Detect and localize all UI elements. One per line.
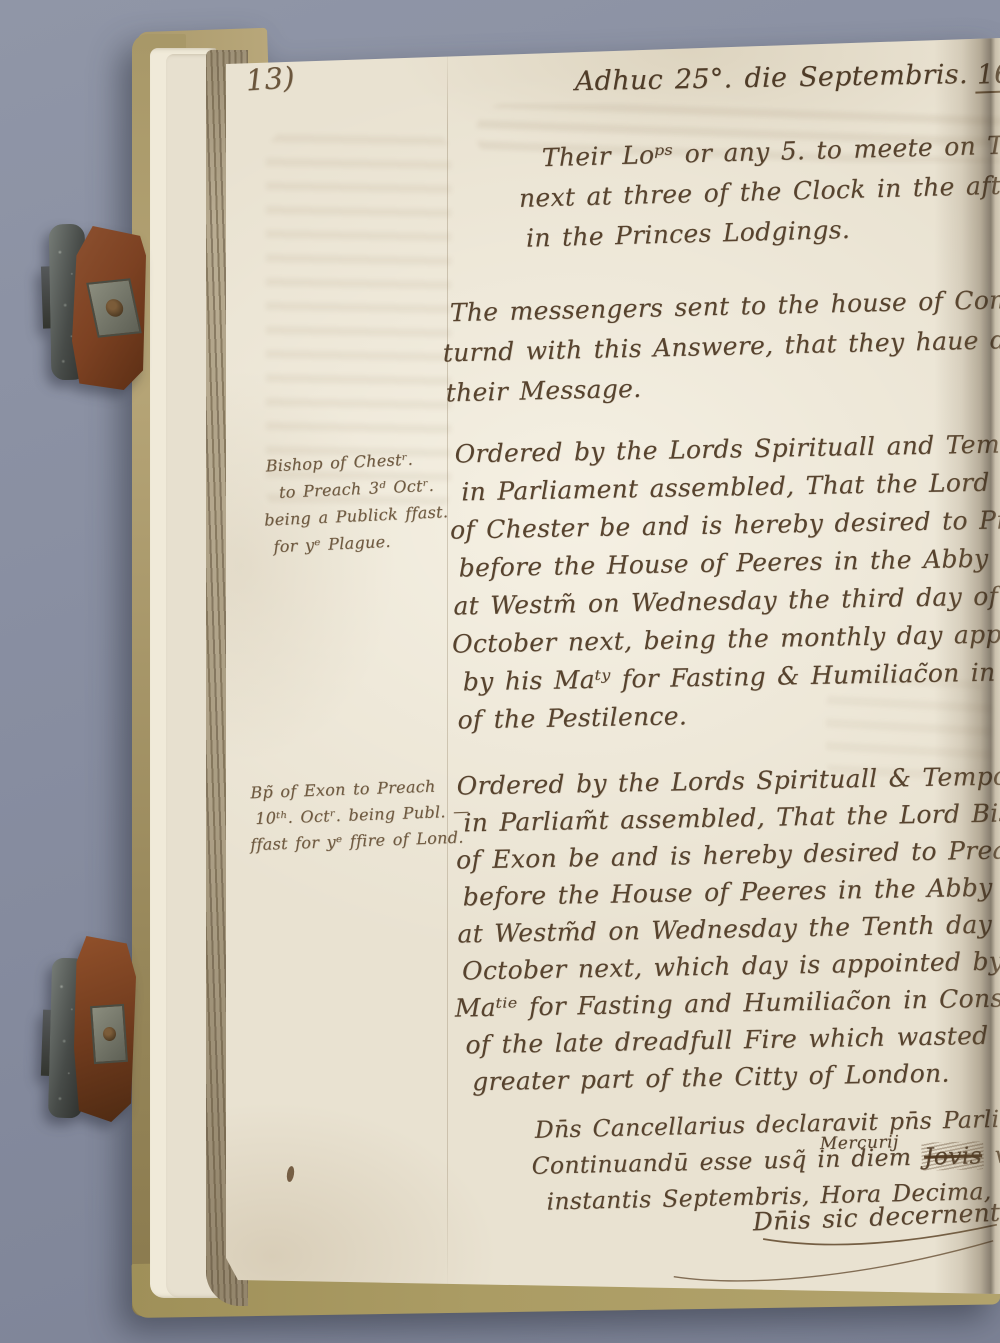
manuscript-page: 13) Adhuc 25°. die Septembris.1666. Thei… xyxy=(226,38,1000,1294)
clasp-rivet-plate xyxy=(90,1004,128,1064)
interlinear-insertion: Mercurij xyxy=(819,1124,899,1162)
page-gutter-shadow xyxy=(934,38,1000,1294)
margin-note-bishop-chester: Bishop of Chestʳ. to Preach 3ᵈ Octʳ. bei… xyxy=(265,444,450,560)
paragraph-order-chester: Ordered by the Lords Spirituall and Temp… xyxy=(448,424,1000,740)
page-number: 13) xyxy=(245,60,296,97)
photo-backdrop: 13) Adhuc 25°. die Septembris.1666. Thei… xyxy=(0,0,1000,1343)
paragraph-lords-meeting: Their Loᵖˢ or any 5. to meete on Thursda… xyxy=(515,123,1000,259)
manuscript-book: 13) Adhuc 25°. die Septembris.1666. Thei… xyxy=(128,28,1000,1320)
handwritten-content: 13) Adhuc 25°. die Septembris.1666. Thei… xyxy=(226,38,1000,1294)
paragraph-messengers: The messengers sent to the house of Como… xyxy=(441,278,1000,414)
paragraph-order-exon: Ordered by the Lords Spirituall & Tempor… xyxy=(454,756,1000,1101)
clasp-plate-hole xyxy=(102,1027,116,1042)
date-heading-text: Adhuc 25°. die Septembris. xyxy=(575,59,969,97)
margin-note-bishop-exon: Bp̃ of Exon to Preach 10ᵗʰ. Octʳ. being … xyxy=(250,772,471,858)
clasp-plate-hole xyxy=(104,298,125,317)
